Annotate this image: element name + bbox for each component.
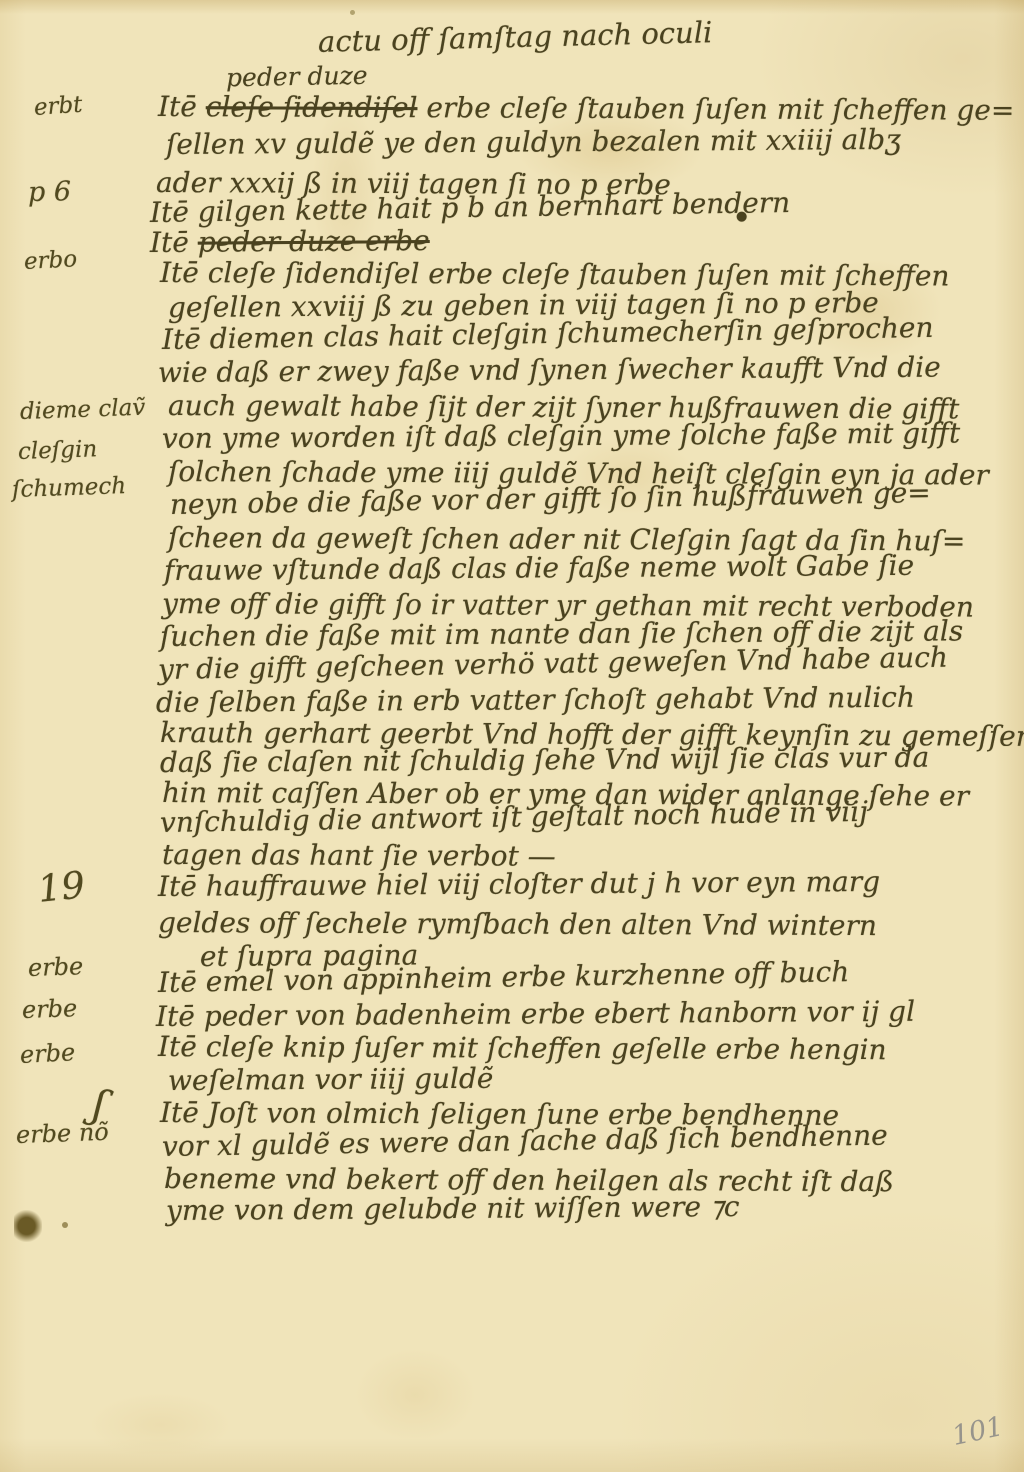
page-number: 101	[949, 1411, 1006, 1452]
ink-speck	[62, 1222, 68, 1228]
ink-blot	[14, 1210, 42, 1242]
paper-stain	[60, 1380, 260, 1470]
manuscript-line: Itē hauffrauwe hiel viij cloſter dut j h…	[158, 867, 880, 903]
manuscript-line: Itē cleſe ſidendiſel erbe cleſe ſtauben …	[158, 92, 1015, 127]
manuscript-line: yme von dem gelubde nit wiſſen were ⁊c	[166, 1192, 740, 1227]
margin-note: cleſgin	[18, 437, 98, 465]
entry-heading: peder duze	[226, 61, 368, 92]
manuscript-line: weſelman vor iiij guldẽ	[168, 1064, 494, 1097]
manuscript-line: von yme worden iſt daß cleſgin yme ſolch…	[162, 418, 960, 454]
margin-note: erbt	[33, 93, 83, 122]
margin-note: erbo	[23, 247, 77, 275]
manuscript-line: Itē peder duze erbe	[150, 226, 430, 259]
header-date-line: actu off ſamſtag nach oculi	[318, 15, 713, 59]
manuscript-line: geldes off ſechele rymſbach den alten Vn…	[158, 908, 877, 942]
margin-note: erbe	[22, 995, 78, 1023]
margin-note: erbe	[28, 953, 84, 981]
manuscript-line: Itē peder von badenheim erbe ebert hanbo…	[156, 997, 915, 1033]
paper-stain	[330, 1330, 500, 1460]
manuscript-line: die ſelben faße in erb vatter ſchoſt geh…	[156, 683, 915, 719]
ink-speck	[350, 10, 355, 15]
manuscript-page: actu off ſamſtag nach oculi peder duze e…	[0, 0, 1024, 1472]
manuscript-line: wie daß er zwey faße vnd ſynen ſwecher k…	[158, 353, 941, 389]
manuscript-line: ſellen xv guldẽ ye den guldyn bezalen mi…	[166, 125, 901, 161]
manuscript-line: Itē emel von appinheim erbe kurzhenne of…	[158, 957, 850, 999]
manuscript-line: frauwe vſtunde daß clas die faße neme wo…	[164, 551, 914, 587]
manuscript-line: Itē gilgen kette hait p b an bernhart be…	[150, 188, 791, 229]
margin-note: ſchumech	[12, 474, 127, 503]
margin-note: dieme claṽ	[20, 396, 146, 426]
margin-note: erbe	[19, 1039, 76, 1068]
manuscript-line: Itē cleſe knip ſuſer mit ſcheffen geſell…	[158, 1032, 887, 1066]
manuscript-line: daß ſie claſen nit ſchuldig ſehe Vnd wij…	[160, 743, 929, 779]
margin-note: p 6	[28, 177, 72, 207]
margin-note: erbe nõ	[16, 1119, 110, 1149]
margin-note: 19	[36, 865, 87, 910]
manuscript-line: ●	[736, 210, 747, 224]
